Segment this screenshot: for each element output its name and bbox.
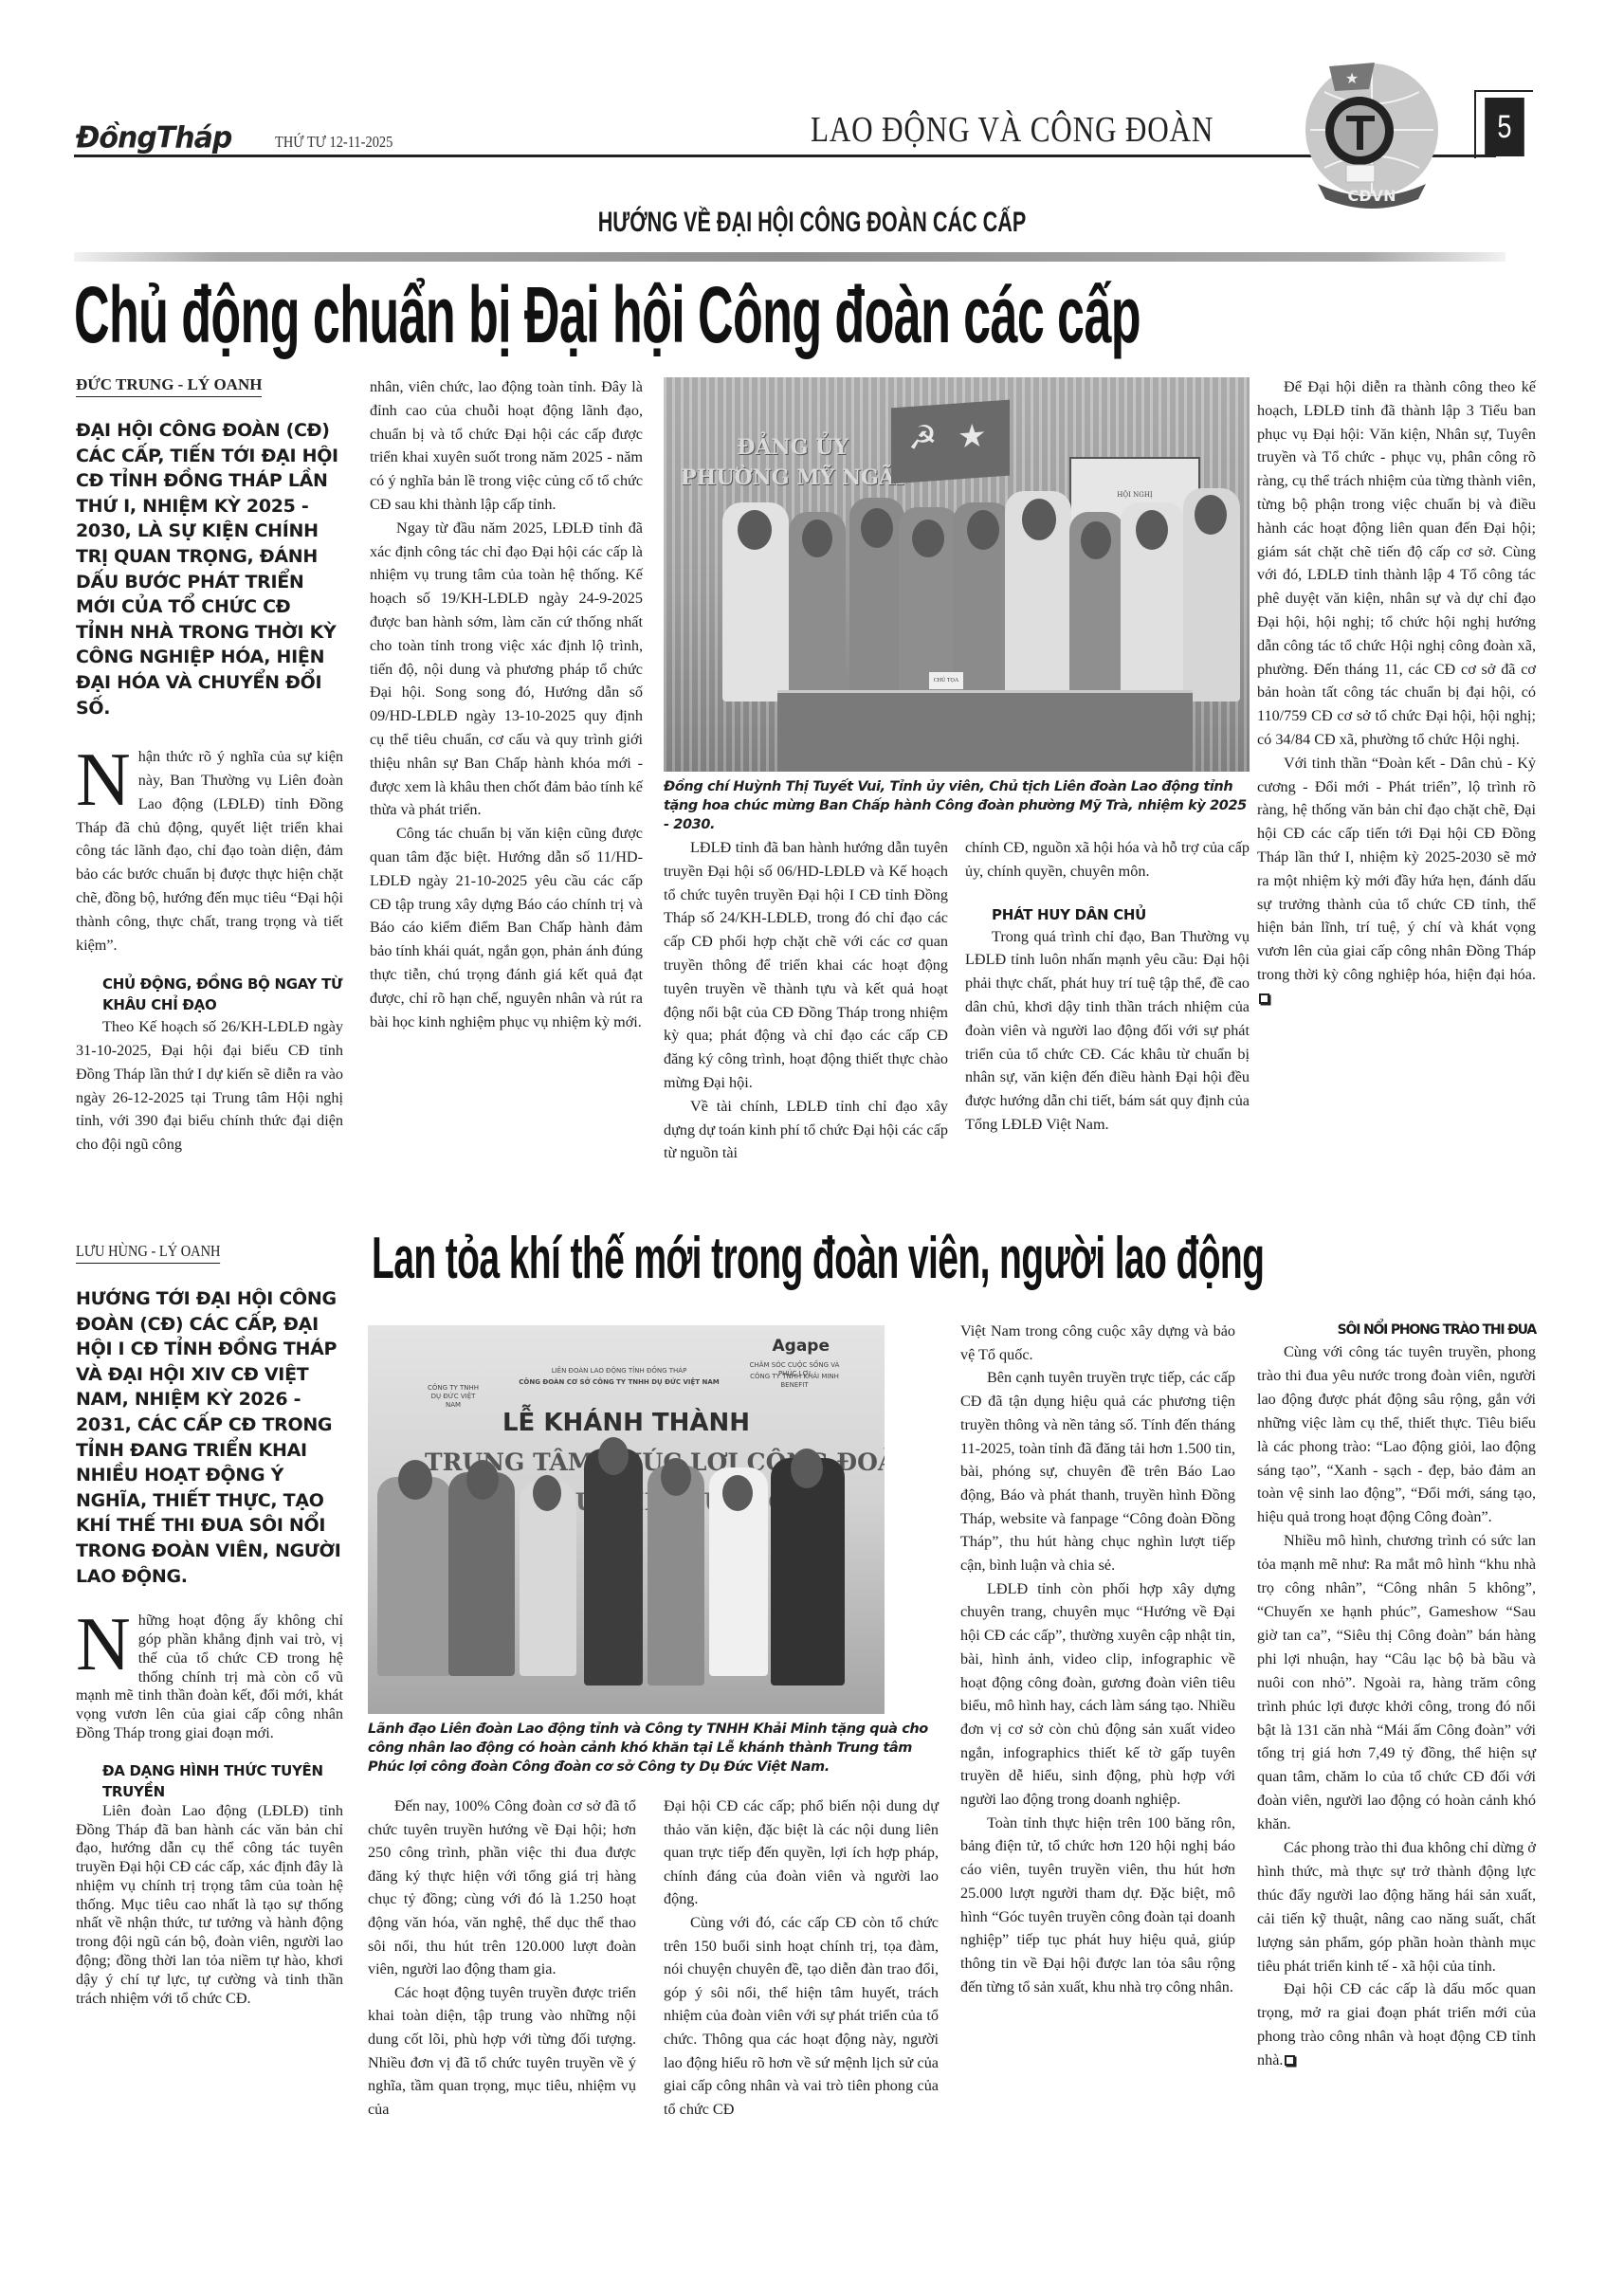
article1-column-2: nhân, viên chức, lao động toàn tỉnh. Đây… xyxy=(370,375,643,1033)
article2-column-5: SÔI NỔI PHONG TRÀO THI ĐUA Cùng với công… xyxy=(1257,1320,1536,2072)
section-title: LAO ĐỘNG VÀ CÔNG ĐOÀN xyxy=(811,109,1213,151)
article2-headline: Lan tỏa khí thế mới trong đoàn viên, ngư… xyxy=(372,1225,1264,1292)
article2-paragraph: Đại hội CĐ các cấp là dấu mốc quan trọng… xyxy=(1257,1977,1536,2072)
article2-paragraph: Cùng với công tác tuyên truyền, phong tr… xyxy=(1257,1340,1536,1529)
article2-subhead-1: ĐA DẠNG HÌNH THỨC TUYÊN TRUYỀN xyxy=(76,1760,343,1802)
page-number: 5 xyxy=(1485,98,1524,156)
kicker-gradient-bar xyxy=(74,252,1505,262)
dropcap: N xyxy=(76,1615,131,1674)
masthead-rule xyxy=(74,155,1496,157)
article2-paragraph: Toàn tỉnh thực hiện trên 100 băng rôn, b… xyxy=(960,1812,1235,1999)
emblem-text: CĐVN xyxy=(1348,187,1396,205)
photo-wall-sign: ĐẢNG ỦY PHƯỜNG MỸ NGÃI xyxy=(681,432,904,493)
article1-paragraph: LĐLĐ tỉnh đã ban hành hướng dẫn tuyên tr… xyxy=(664,836,948,1095)
article2-sapo: HƯỚNG TỚI ĐẠI HỘI CÔNG ĐOÀN (CĐ) CÁC CẤP… xyxy=(76,1286,343,1589)
article2-paragraph: Bên cạnh tuyên truyền trực tiếp, các cấp… xyxy=(960,1366,1235,1576)
article2-paragraph: Đến nay, 100% Công đoàn cơ sở đã tổ chức… xyxy=(368,1795,636,1981)
section-kicker: HƯỚNG VỀ ĐẠI HỘI CÔNG ĐOÀN CÁC CẤP xyxy=(228,207,1396,239)
article1-paragraph: Về tài chính, LĐLĐ tỉnh chỉ đạo xây dựng… xyxy=(664,1095,948,1165)
article2-paragraph: Nhiều mô hình, chương trình có sức lan t… xyxy=(1257,1529,1536,1836)
article2-subhead-2: SÔI NỔI PHONG TRÀO THI ĐUA xyxy=(1257,1320,1536,1340)
end-mark-icon xyxy=(1259,993,1269,1004)
article1-photo: ĐẢNG ỦY PHƯỜNG MỸ NGÃI ☭★ HỘI NGHỊ CHỦ T… xyxy=(664,377,1250,772)
article2-photo: CÔNG TY TNHH DỤ ĐỨC VIỆT NAM LIÊN ĐOÀN L… xyxy=(368,1325,885,1714)
article2-column-4: Việt Nam trong công cuộc xây dựng và bảo… xyxy=(960,1320,1235,1998)
article1-paragraph: Theo Kế hoạch số 26/KH-LĐLĐ ngày 31-10-2… xyxy=(76,1015,343,1157)
article1-paragraph: chính CĐ, nguồn xã hội hóa và hỗ trợ của… xyxy=(965,836,1250,884)
photo-table: CHỦ TỌA xyxy=(777,690,1193,772)
end-mark-icon xyxy=(1285,2055,1295,2066)
article1-column-3: LĐLĐ tỉnh đã ban hành hướng dẫn tuyên tr… xyxy=(664,836,948,1165)
article2-column-2: Đến nay, 100% Công đoàn cơ sở đã tổ chức… xyxy=(368,1795,636,2121)
issue-date: THỨ TƯ 12-11-2025 xyxy=(275,133,392,152)
newspaper-brand-logo: ĐồngTháp xyxy=(76,120,231,155)
article1-column-5: Để Đại hội diễn ra thành công theo kế ho… xyxy=(1257,375,1536,1011)
article2-paragraph: LĐLĐ tỉnh còn phối hợp xây dựng chuyên t… xyxy=(960,1577,1235,1812)
article1-column-4: chính CĐ, nguồn xã hội hóa và hỗ trợ của… xyxy=(965,836,1250,1137)
article2-paragraph: Việt Nam trong công cuộc xây dựng và bảo… xyxy=(960,1320,1235,1366)
article1-paragraph: Ngay từ đầu năm 2025, LĐLĐ tỉnh đã xác đ… xyxy=(370,517,643,822)
union-emblem-icon: ★ CĐVN xyxy=(1301,59,1443,210)
article1-paragraph: nhân, viên chức, lao động toàn tỉnh. Đây… xyxy=(370,375,643,517)
article1-subhead-1: CHỦ ĐỘNG, ĐỒNG BỘ NGAY TỪ KHÂU CHỈ ĐẠO xyxy=(76,974,343,1015)
article1-intro: N hận thức rõ ý nghĩa của sự kiện này, B… xyxy=(76,745,343,957)
article1-sapo: ĐẠI HỘI CÔNG ĐOÀN (CĐ) CÁC CẤP, TIẾN TỚI… xyxy=(76,418,343,720)
article1-column-1: ĐỨC TRUNG - LÝ OANH ĐẠI HỘI CÔNG ĐOÀN (C… xyxy=(76,375,343,1157)
svg-text:★: ★ xyxy=(1345,71,1359,87)
article2-column-3: Đại hội CĐ các cấp; phổ biến nội dung dự… xyxy=(664,1795,939,2121)
article1-paragraph: Công tác chuẩn bị văn kiện cũng được qua… xyxy=(370,822,643,1033)
article1-paragraph: Trong quá trình chỉ đạo, Ban Thường vụ L… xyxy=(965,925,1250,1137)
article2-photo-caption: Lãnh đạo Liên đoàn Lao động tỉnh và Công… xyxy=(368,1720,937,1777)
article2-intro: N hững hoạt động ấy không chỉ góp phần k… xyxy=(76,1612,343,1743)
article2-paragraph: Các hoạt động tuyên truyền được triển kh… xyxy=(368,1981,636,2122)
article1-photo-caption: Đồng chí Huỳnh Thị Tuyết Vui, Tỉnh ủy vi… xyxy=(664,777,1251,834)
article1-subhead-2: PHÁT HUY DÂN CHỦ xyxy=(965,904,1250,925)
dropcap: N xyxy=(76,749,131,811)
article1-paragraph: Để Đại hội diễn ra thành công theo kế ho… xyxy=(1257,375,1536,752)
article2-column-1: LƯU HÙNG - LÝ OANH HƯỚNG TỚI ĐẠI HỘI CÔN… xyxy=(76,1242,343,2008)
article2-paragraph: Cùng với đó, các cấp CĐ còn tổ chức trên… xyxy=(664,1911,939,2121)
article1-byline: ĐỨC TRUNG - LÝ OANH xyxy=(76,375,262,397)
article2-paragraph: Liên đoàn Lao động (LĐLĐ) tỉnh Đồng Tháp… xyxy=(76,1802,343,2009)
article2-byline: LƯU HÙNG - LÝ OANH xyxy=(76,1242,220,1264)
party-flag-icon: ☭★ xyxy=(891,400,1010,484)
agape-logo: Agape xyxy=(773,1337,830,1356)
article1-headline: Chủ động chuẩn bị Đại hội Công đoàn các … xyxy=(74,269,1140,361)
article2-paragraph: Đại hội CĐ các cấp; phổ biến nội dung dự… xyxy=(664,1795,939,1911)
article1-paragraph: Với tinh thần “Đoàn kết - Dân chủ - Kỷ c… xyxy=(1257,752,1536,1011)
article2-paragraph: Các phong trào thi đua không chỉ dừng ở … xyxy=(1257,1836,1536,1977)
